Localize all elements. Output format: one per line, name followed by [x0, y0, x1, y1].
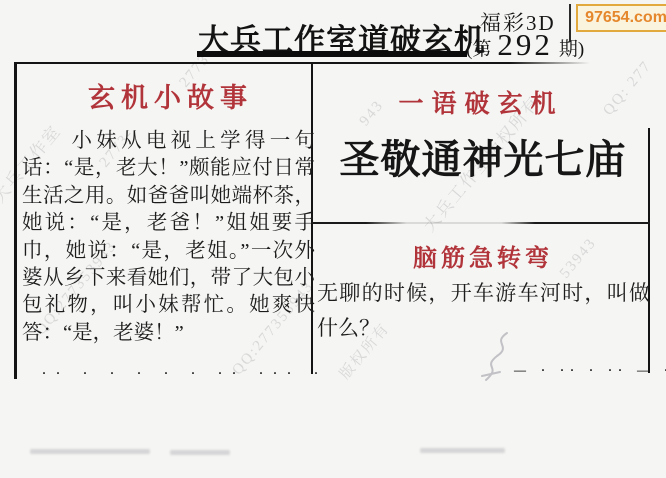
story-panel-title: 玄机小故事: [88, 76, 253, 115]
scanned-lottery-sheet: 大兵工作室 QQ:277353943 2773- QQ:277353943 大兵…: [0, 0, 666, 478]
site-watermark-badge: 97654.com: [576, 4, 666, 32]
brain-teaser-text: 无聊的时候，开车游车河时，叫做什么？: [317, 276, 650, 346]
title-underline: [197, 51, 467, 57]
scan-smudge: [30, 449, 150, 454]
riddle-phrase: 圣敬通神光七庙: [316, 128, 650, 185]
frame-left-border: [14, 62, 17, 379]
issue-suffix: 期): [559, 34, 584, 61]
frame-top-border: [14, 62, 590, 64]
story-text: 小妹从电视上学得一句话：“是，老大！”颇能应付日常生活之用。如爸爸叫她端杯茶，她…: [22, 128, 315, 347]
site-watermark-text: 97654.com: [585, 9, 666, 27]
issue-label: (第 292 期): [466, 27, 584, 63]
riddle-panel-title: 一语破玄机: [316, 84, 646, 120]
issue-prefix: (第: [466, 34, 491, 61]
cutoff-text-right: — · ·· · ·· — · ·: [514, 363, 666, 378]
cutoff-text-left: ·· · · · · · ·· ··· ·: [42, 366, 328, 381]
issue-number: 292: [497, 27, 553, 63]
scan-smudge: [420, 448, 505, 453]
scan-smudge: [170, 450, 230, 455]
brain-teaser-title: 脑筋急转弯: [316, 238, 650, 273]
right-panel-divider: [312, 222, 650, 224]
